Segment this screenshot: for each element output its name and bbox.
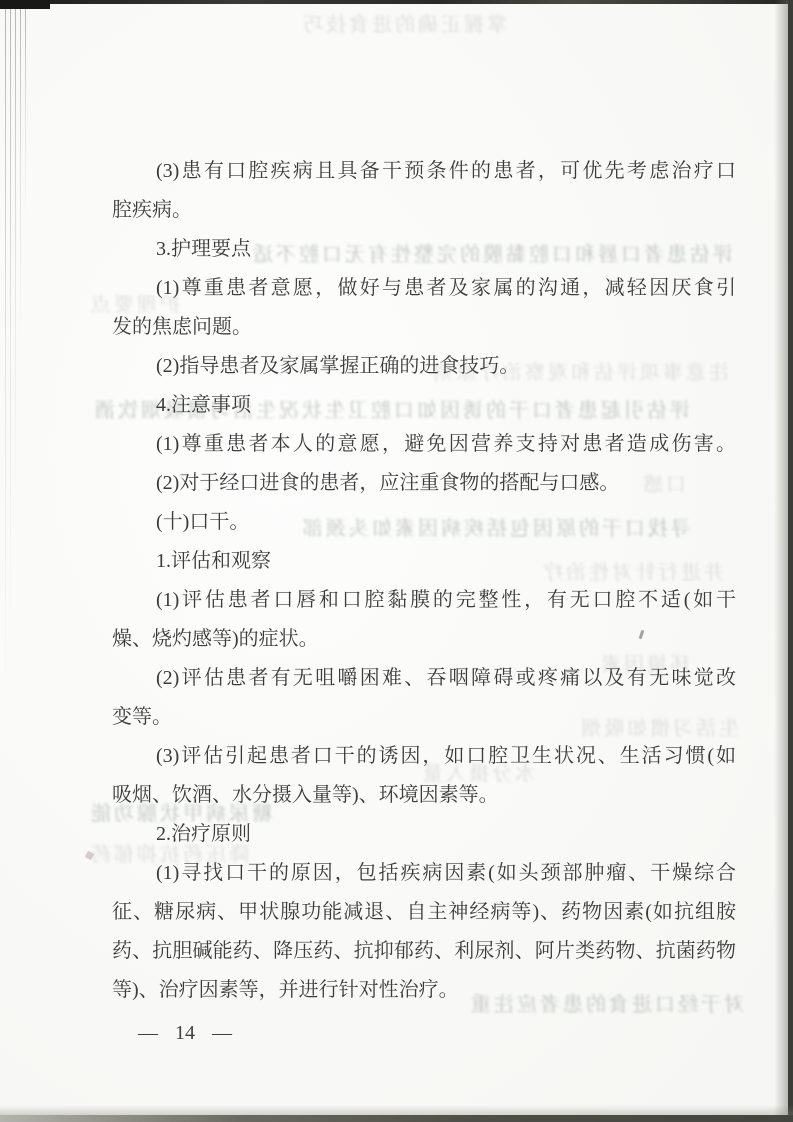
text-line: (2)评估患者有无咀嚼困难、吞咽障碍或疼痛以及有无味觉改 (112, 659, 736, 698)
page-stack-edge (25, 6, 26, 246)
page-number-value: 14 (175, 1020, 195, 1046)
scan-speck (85, 851, 95, 861)
bleedthrough-text: 掌握正确的进食技巧 (300, 8, 507, 37)
page-stack-edge (5, 6, 6, 786)
page-number: — 14 — (138, 1020, 232, 1046)
text-line: (1)尊重患者本人的意愿，避免因营养支持对患者造成伤害。 (112, 425, 736, 464)
text-line: 变等。 (112, 698, 736, 737)
text-line: (1)评估患者口唇和口腔黏膜的完整性，有无口腔不适(如干 (112, 581, 736, 620)
scan-edge-top (0, 0, 793, 4)
scan-edge-bottom-shadow (0, 1105, 793, 1115)
scan-edge-right-shadow (774, 0, 788, 1122)
heading-assessment: 1.评估和观察 (112, 542, 736, 581)
page-number-dash-right: — (212, 1020, 232, 1046)
text-line: (3)患有口腔疾病且具备干预条件的患者，可优先考虑治疗口 (112, 152, 736, 191)
heading-precautions: 4.注意事项 (112, 386, 736, 425)
text-line: 等)、治疗因素等，并进行针对性治疗。 (112, 971, 736, 1010)
text-line: (1)寻找口干的原因，包括疾病因素(如头颈部肿瘤、干燥综合 (112, 854, 736, 893)
text-line: (3)评估引起患者口干的诱因，如口腔卫生状况、生活习惯(如 (112, 737, 736, 776)
heading-nursing-points: 3.护理要点 (112, 230, 736, 269)
heading-dry-mouth: (十)口干。 (112, 503, 736, 542)
text-line: 吸烟、饮酒、水分摄入量等)、环境因素等。 (112, 776, 736, 815)
scan-edge-right (788, 0, 793, 1122)
text-line: 发的焦虑问题。 (112, 308, 736, 347)
page-stack-edge (15, 6, 16, 566)
scan-edge-bottom (0, 1115, 793, 1122)
page-number-dash-left: — (138, 1020, 158, 1046)
text-line: 腔疾病。 (112, 191, 736, 230)
scanned-document-page: { "scan": { "paper_color": "#fafaf8", "i… (0, 0, 793, 1122)
scan-edge-top-left (0, 0, 50, 9)
heading-treatment-principles: 2.治疗原则 (112, 815, 736, 854)
text-line: (2)指导患者及家属掌握正确的进食技巧。 (112, 347, 736, 386)
text-line: 药、抗胆碱能药、降压药、抗抑郁药、利尿剂、阿片类药物、抗菌药物 (112, 932, 736, 971)
text-line: (2)对于经口进食的患者，应注重食物的搭配与口感。 (112, 464, 736, 503)
text-line: 燥、烧灼感等)的症状。 (112, 620, 736, 659)
page-stack-edge (10, 6, 11, 706)
text-line: 征、糖尿病、甲状腺功能减退、自主神经病等)、药物因素(如抗组胺 (112, 893, 736, 932)
text-line: (1)尊重患者意愿，做好与患者及家属的沟通，减轻因厌食引 (112, 269, 736, 308)
document-body: (3)患有口腔疾病且具备干预条件的患者，可优先考虑治疗口 腔疾病。 3.护理要点… (112, 152, 736, 1010)
page-stack-edge (20, 6, 21, 386)
